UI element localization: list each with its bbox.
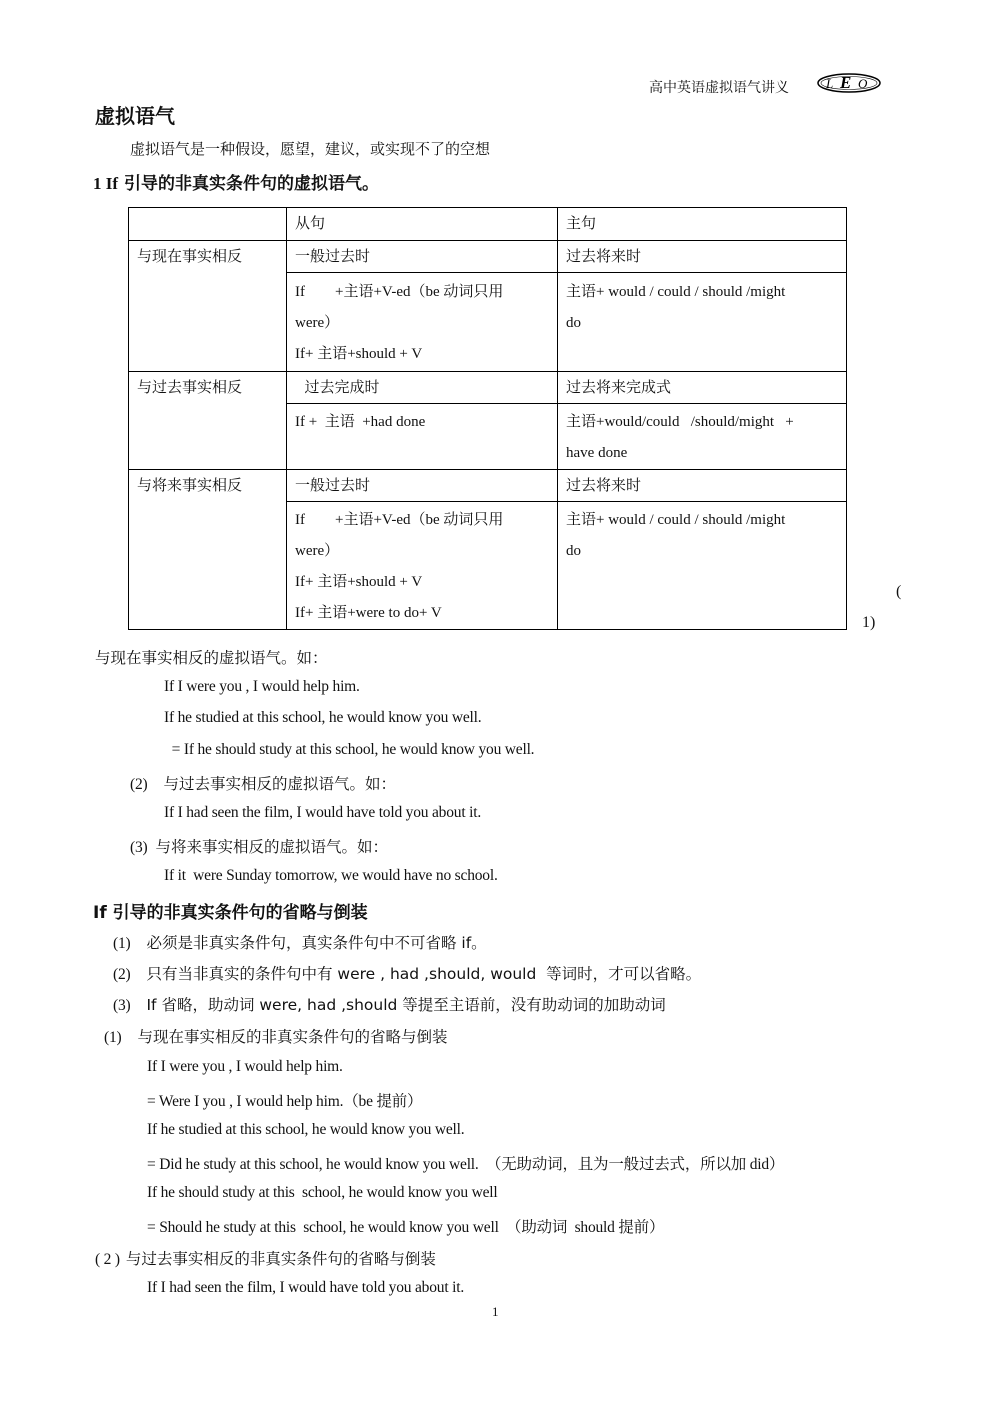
subjunctive-table: 从句 主句 与现在事实相反 一般过去时 过去将来时 If +主语+V-ed（be… bbox=[128, 207, 847, 630]
rule-item: (3)If 省略，助动词 were, had ,should 等提至主语前，没有… bbox=[113, 993, 666, 1015]
stray-paren-open: ( bbox=[896, 583, 901, 601]
subsection-heading-text: 与过去事实相反的虚拟语气。如： bbox=[163, 775, 396, 793]
example-line: If he should study at this school, he wo… bbox=[147, 1184, 497, 1202]
document-title: 虚拟语气 bbox=[95, 100, 175, 129]
row-label: 与现在事实相反 bbox=[129, 241, 287, 372]
clause-form-line: If + 主语 +had done bbox=[295, 407, 549, 438]
example-line: = Did he study at this school, he would … bbox=[147, 1152, 784, 1174]
example-line: = Were I you , I would help him.（be 提前） bbox=[147, 1089, 422, 1111]
subsection-number: (2) bbox=[130, 776, 147, 793]
svg-text:E: E bbox=[839, 73, 851, 92]
table-header-cell bbox=[129, 208, 287, 241]
rule-number: (1) bbox=[113, 935, 130, 952]
section-1-heading-text: 引导的非真实条件句的虚拟语气。 bbox=[118, 174, 379, 194]
section-1-number: 1 If bbox=[93, 174, 118, 193]
rule-item: (2)只有当非真实的条件句中有 were , had ,should, woul… bbox=[113, 962, 701, 984]
part-number: ( 2 ) bbox=[95, 1251, 120, 1268]
example-line: If he studied at this school, he would k… bbox=[164, 709, 481, 727]
rule-number: (2) bbox=[113, 966, 130, 983]
svg-text:L: L bbox=[825, 76, 833, 91]
subsection-future-heading: (3)与将来事实相反的虚拟语气。如： bbox=[130, 835, 388, 857]
clause-forms: If +主语+V-ed（be 动词只用 were） If+ 主语+should … bbox=[287, 502, 558, 630]
rule-item: (1)必须是非真实条件句，真实条件句中不可省略 if。 bbox=[113, 931, 487, 953]
main-form-line: 主语+ would / could / should /might bbox=[566, 277, 838, 308]
example-line: If I had seen the film, I would have tol… bbox=[147, 1279, 464, 1297]
subsection-past-heading: (2)与过去事实相反的虚拟语气。如： bbox=[130, 772, 396, 794]
clause-form-line: If +主语+V-ed（be 动词只用 bbox=[295, 505, 549, 536]
leo-logo: L E O bbox=[816, 72, 882, 94]
clause-form-line: If+ 主语+were to do+ V bbox=[295, 598, 549, 629]
row-label: 与过去事实相反 bbox=[129, 372, 287, 470]
table-header-cell: 从句 bbox=[287, 208, 558, 241]
main-forms: 主语+ would / could / should /might do bbox=[558, 502, 847, 630]
rule-text: 只有当非真实的条件句中有 were , had ,should, would 等… bbox=[146, 965, 701, 983]
main-forms: 主语+ would / could / should /might do bbox=[558, 273, 847, 372]
subsection-present-heading: 与现在事实相反的虚拟语气。如： bbox=[95, 646, 328, 668]
subsection-heading-text: 与将来事实相反的虚拟语气。如： bbox=[155, 838, 388, 856]
part-2-heading: ( 2 )与过去事实相反的非真实条件句的省略与倒装 bbox=[95, 1247, 436, 1269]
clause-form-line: If+ 主语+should + V bbox=[295, 339, 549, 370]
main-tense: 过去将来完成式 bbox=[558, 372, 847, 404]
clause-tense: 一般过去时 bbox=[287, 241, 558, 273]
main-form-line: do bbox=[566, 308, 838, 339]
clause-forms: If +主语+V-ed（be 动词只用 were） If+ 主语+should … bbox=[287, 273, 558, 372]
rule-text: 必须是非真实条件句，真实条件句中不可省略 if。 bbox=[146, 934, 486, 952]
main-form-line: have done bbox=[566, 438, 838, 469]
clause-tense: 过去完成时 bbox=[287, 372, 558, 404]
clause-tense: 一般过去时 bbox=[287, 470, 558, 502]
table-row: 与现在事实相反 一般过去时 过去将来时 bbox=[129, 241, 847, 273]
row-label: 与将来事实相反 bbox=[129, 470, 287, 630]
example-line: If he studied at this school, he would k… bbox=[147, 1121, 464, 1139]
running-header-title: 高中英语虚拟语气讲义 bbox=[649, 77, 789, 97]
clause-form-line: were） bbox=[295, 308, 549, 339]
main-tense: 过去将来时 bbox=[558, 241, 847, 273]
section-1-heading: 1 If 引导的非真实条件句的虚拟语气。 bbox=[93, 169, 379, 194]
part-number: (1) bbox=[104, 1029, 121, 1046]
example-line: = If he should study at this school, he … bbox=[168, 741, 534, 759]
section-2-heading: If 引导的非真实条件句的省略与倒装 bbox=[93, 898, 368, 923]
table-header-row: 从句 主句 bbox=[129, 208, 847, 241]
clause-form-line: If +主语+V-ed（be 动词只用 bbox=[295, 277, 549, 308]
rule-text: If 省略，助动词 were, had ,should 等提至主语前，没有助动词… bbox=[146, 996, 665, 1014]
main-form-line: 主语+ would / could / should /might bbox=[566, 505, 838, 536]
main-forms: 主语+would/could /should/might + have done bbox=[558, 404, 847, 470]
clause-form-line: were） bbox=[295, 536, 549, 567]
svg-text:O: O bbox=[858, 76, 868, 91]
page-number: 1 bbox=[492, 1304, 499, 1320]
example-line: = Should he study at this school, he wou… bbox=[147, 1215, 664, 1237]
main-tense: 过去将来时 bbox=[558, 470, 847, 502]
part-heading-text: 与现在事实相反的非真实条件句的省略与倒装 bbox=[137, 1028, 447, 1046]
table-row: 与将来事实相反 一般过去时 过去将来时 bbox=[129, 470, 847, 502]
rule-number: (3) bbox=[113, 997, 130, 1014]
main-form-line: 主语+would/could /should/might + bbox=[566, 407, 838, 438]
subsection-number: (3) bbox=[130, 839, 147, 856]
stray-number-close: 1) bbox=[862, 614, 875, 632]
clause-form-line: If+ 主语+should + V bbox=[295, 567, 549, 598]
clause-forms: If + 主语 +had done bbox=[287, 404, 558, 470]
example-line: If I had seen the film, I would have tol… bbox=[164, 804, 481, 822]
example-line: If I were you , I would help him. bbox=[164, 678, 360, 696]
table-header-cell: 主句 bbox=[558, 208, 847, 241]
part-heading-text: 与过去事实相反的非真实条件句的省略与倒装 bbox=[126, 1250, 436, 1268]
main-form-line: do bbox=[566, 536, 838, 567]
intro-text: 虚拟语气是一种假设，愿望，建议，或实现不了的空想 bbox=[130, 138, 490, 159]
part-1-heading: (1)与现在事实相反的非真实条件句的省略与倒装 bbox=[104, 1025, 448, 1047]
example-line: If I were you , I would help him. bbox=[147, 1058, 343, 1076]
table-row: 与过去事实相反 过去完成时 过去将来完成式 bbox=[129, 372, 847, 404]
example-line: If it were Sunday tomorrow, we would hav… bbox=[164, 867, 498, 885]
